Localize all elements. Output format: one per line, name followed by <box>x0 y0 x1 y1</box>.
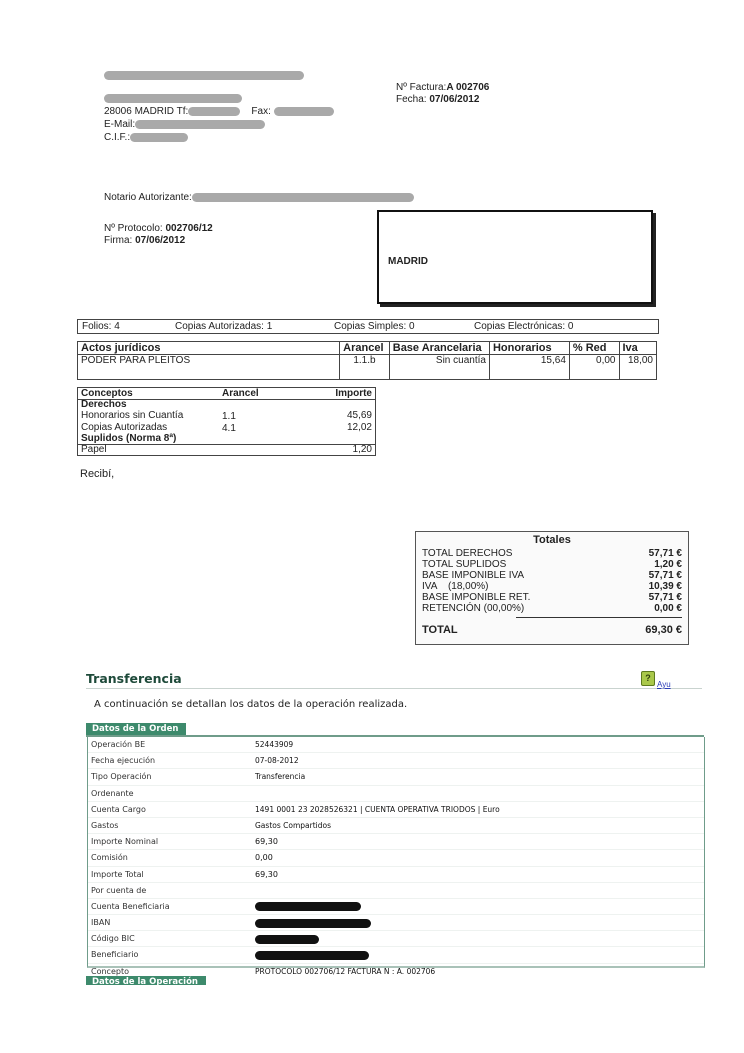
title-divider <box>86 688 702 689</box>
invoice-date-label: Fecha: <box>396 94 427 105</box>
email-label: E-Mail: <box>104 119 135 130</box>
detail-value: 69,30 <box>255 834 278 849</box>
totals-value: 57,71 € <box>649 548 682 559</box>
help-speech-bubble-icon[interactable]: ? <box>641 671 655 686</box>
redacted-issuer-address <box>104 94 242 103</box>
redacted-value <box>255 931 319 946</box>
cif-label: C.I.F.: <box>104 132 130 143</box>
detail-value: PROTOCOLO 002706/12 FACTURA N : A. 00270… <box>255 964 435 979</box>
actos-header: Base Arancelaria <box>389 342 489 355</box>
protocol-number: 002706/12 <box>165 223 212 234</box>
fax-label: Fax: <box>251 106 270 117</box>
table-row: PODER PARA PLEITOS 1.1.b Sin cuantía 15,… <box>78 355 657 380</box>
signature-date: 07/06/2012 <box>135 235 185 246</box>
detail-value: 1491 0001 23 2028526321 | CUENTA OPERATI… <box>255 802 500 817</box>
totals-divider <box>516 617 682 618</box>
detail-row: GastosGastos Compartidos <box>88 818 704 834</box>
totals-label: TOTAL SUPLIDOS <box>422 559 506 570</box>
detail-label: Beneficiario <box>91 947 138 962</box>
grand-total-value: 69,30 € <box>645 624 682 636</box>
actos-header: Arancel <box>340 342 390 355</box>
totals-label: TOTAL DERECHOS <box>422 548 512 559</box>
acto-name: PODER PARA PLEITOS <box>78 355 340 380</box>
protocol-block: Nº Protocolo: 002706/12 Firma: 07/06/201… <box>104 223 213 247</box>
invoice-meta: Nº Factura:A 002706 Fecha: 07/06/2012 <box>396 82 489 106</box>
totals-label: BASE IMPONIBLE IVA <box>422 570 524 581</box>
detail-row: Por cuenta de <box>88 883 704 899</box>
totals-label: BASE IMPONIBLE RET. <box>422 592 530 603</box>
totals-value: 10,39 € <box>649 581 682 592</box>
detail-label: Tipo Operación <box>91 769 151 784</box>
concept-importe: 1,20 <box>315 445 376 456</box>
redacted-phone <box>188 107 240 116</box>
copias-autorizadas: Copias Autorizadas: 1 <box>175 320 272 333</box>
section-derechos: Derechos <box>78 400 376 411</box>
detail-label: Fecha ejecución <box>91 753 155 768</box>
totals-row: RETENCIÓN (00,00%)0,00 € <box>422 603 682 614</box>
protocol-label: Nº Protocolo: <box>104 223 163 234</box>
detail-label: Ordenante <box>91 786 134 801</box>
detail-row: Código BIC <box>88 931 704 947</box>
detail-label: Cuenta Beneficiaria <box>91 899 170 914</box>
detail-label: Importe Nominal <box>91 834 158 849</box>
detail-label: Operación BE <box>91 737 145 752</box>
detail-row: Cuenta Beneficiaria <box>88 899 704 915</box>
detail-row: IBAN <box>88 915 704 931</box>
totals-value: 0,00 € <box>654 603 682 614</box>
detail-value: 52443909 <box>255 737 293 752</box>
actos-table: Actos jurídicos Arancel Base Arancelaria… <box>77 341 657 380</box>
section-suplidos: Suplidos (Norma 8ª) <box>78 434 376 445</box>
detail-value: Transferencia <box>255 769 305 784</box>
detail-label: Comisión <box>91 850 128 865</box>
totals-row: IVA (18,00%)10,39 € <box>422 581 682 592</box>
folios-count: Folios: 4 <box>82 320 120 333</box>
totals-label: IVA (18,00%) <box>422 581 489 592</box>
detail-value: Gastos Compartidos <box>255 818 331 833</box>
copias-electronicas: Copias Electrónicas: 0 <box>474 320 574 333</box>
address-city: MADRID <box>388 256 428 267</box>
totals-value: 57,71 € <box>649 592 682 603</box>
detail-value: 69,30 <box>255 867 278 882</box>
concept-importe: 45,69 <box>315 410 376 422</box>
redacted-value <box>255 947 369 962</box>
signature-label: Firma: <box>104 235 132 246</box>
totals-row: BASE IMPONIBLE IVA57,71 € <box>422 570 682 581</box>
acto-honorarios: 15,64 <box>489 355 569 380</box>
tab-datos-operacion[interactable]: Datos de la Operación <box>86 976 206 985</box>
totals-box: Totales TOTAL DERECHOS57,71 € TOTAL SUPL… <box>415 531 689 645</box>
conceptos-header: Arancel <box>219 388 315 400</box>
address-box: MADRID <box>377 210 653 304</box>
table-row: Papel 1,20 <box>78 445 376 456</box>
detail-row: Importe Nominal69,30 <box>88 834 704 850</box>
conceptos-header: Importe <box>315 388 376 400</box>
notary-label: Notario Autorizante: <box>104 192 192 203</box>
detail-label: Código BIC <box>91 931 135 946</box>
detail-row: Fecha ejecución07-08-2012 <box>88 753 704 769</box>
redacted-fax <box>274 107 334 116</box>
grand-total-label: TOTAL <box>422 624 458 636</box>
help-link[interactable]: ?Ayu <box>641 668 671 689</box>
detail-row: Tipo OperaciónTransferencia <box>88 769 704 785</box>
city-phone-label: 28006 MADRID Tf: <box>104 106 188 117</box>
invoice-number-label: Nº Factura: <box>396 82 446 93</box>
conceptos-header: Conceptos <box>78 388 220 400</box>
redacted-value <box>255 899 361 914</box>
transfer-title: Transferencia <box>86 671 182 686</box>
table-row: Honorarios sin Cuantía 1.1 45,69 <box>78 410 376 422</box>
issuer-block: 28006 MADRID Tf: Fax: E-Mail: C.I.F.: <box>104 70 384 145</box>
concept-arancel <box>219 445 315 456</box>
help-link-text[interactable]: Ayu <box>657 680 671 689</box>
recibi-text: Recibí, <box>80 468 114 480</box>
redacted-cif <box>130 133 188 142</box>
conceptos-table: Conceptos Arancel Importe Derechos Honor… <box>77 387 376 456</box>
detail-row: Beneficiario <box>88 947 704 963</box>
invoice-date: 07/06/2012 <box>429 94 479 105</box>
totals-value: 57,71 € <box>649 570 682 581</box>
redacted-issuer-name <box>104 71 304 80</box>
totals-label: RETENCIÓN (00,00%) <box>422 603 524 614</box>
actos-header: Actos jurídicos <box>78 342 340 355</box>
totals-row: TOTAL DERECHOS57,71 € <box>422 548 682 559</box>
redacted-email <box>135 120 265 129</box>
detail-label: Importe Total <box>91 867 144 882</box>
acto-base: Sin cuantía <box>389 355 489 380</box>
actos-header: Honorarios <box>489 342 569 355</box>
detail-value: 0,00 <box>255 850 273 865</box>
invoice-number: A 002706 <box>446 82 489 93</box>
folios-row: Folios: 4 Copias Autorizadas: 1 Copias S… <box>77 319 659 334</box>
concept-arancel: 1.1 <box>219 410 315 422</box>
actos-header: % Red <box>569 342 619 355</box>
detail-row: Comisión0,00 <box>88 850 704 866</box>
totals-row: TOTAL SUPLIDOS1,20 € <box>422 559 682 570</box>
concept-name: Honorarios sin Cuantía <box>78 410 220 422</box>
redacted-value <box>255 915 371 930</box>
detail-label: Por cuenta de <box>91 883 146 898</box>
acto-arancel: 1.1.b <box>340 355 390 380</box>
transfer-intro: A continuación se detallan los datos de … <box>94 699 407 710</box>
totals-row: BASE IMPONIBLE RET.57,71 € <box>422 592 682 603</box>
totals-title: Totales <box>416 534 688 548</box>
detail-row: Importe Total69,30 <box>88 867 704 883</box>
detail-label: Gastos <box>91 818 118 833</box>
grand-total: TOTAL 69,30 € <box>422 624 682 636</box>
notary-line: Notario Autorizante: <box>104 192 414 203</box>
concept-name: Papel <box>78 445 220 456</box>
acto-red: 0,00 <box>569 355 619 380</box>
concept-arancel: 4.1 <box>219 422 315 434</box>
tab-datos-orden[interactable]: Datos de la Orden <box>86 723 186 735</box>
detail-label: Cuenta Cargo <box>91 802 146 817</box>
detail-row: Cuenta Cargo1491 0001 23 2028526321 | CU… <box>88 802 704 818</box>
copias-simples: Copias Simples: 0 <box>334 320 415 333</box>
detail-label: IBAN <box>91 915 110 930</box>
acto-iva: 18,00 <box>619 355 657 380</box>
order-details-panel: Operación BE52443909 Fecha ejecución07-0… <box>87 737 705 968</box>
detail-row: Operación BE52443909 <box>88 737 704 753</box>
detail-value: 07-08-2012 <box>255 753 299 768</box>
detail-row: Ordenante <box>88 786 704 802</box>
totals-value: 1,20 € <box>654 559 682 570</box>
redacted-notary-name <box>192 193 414 202</box>
concept-importe: 12,02 <box>315 422 376 434</box>
actos-header: Iva <box>619 342 657 355</box>
